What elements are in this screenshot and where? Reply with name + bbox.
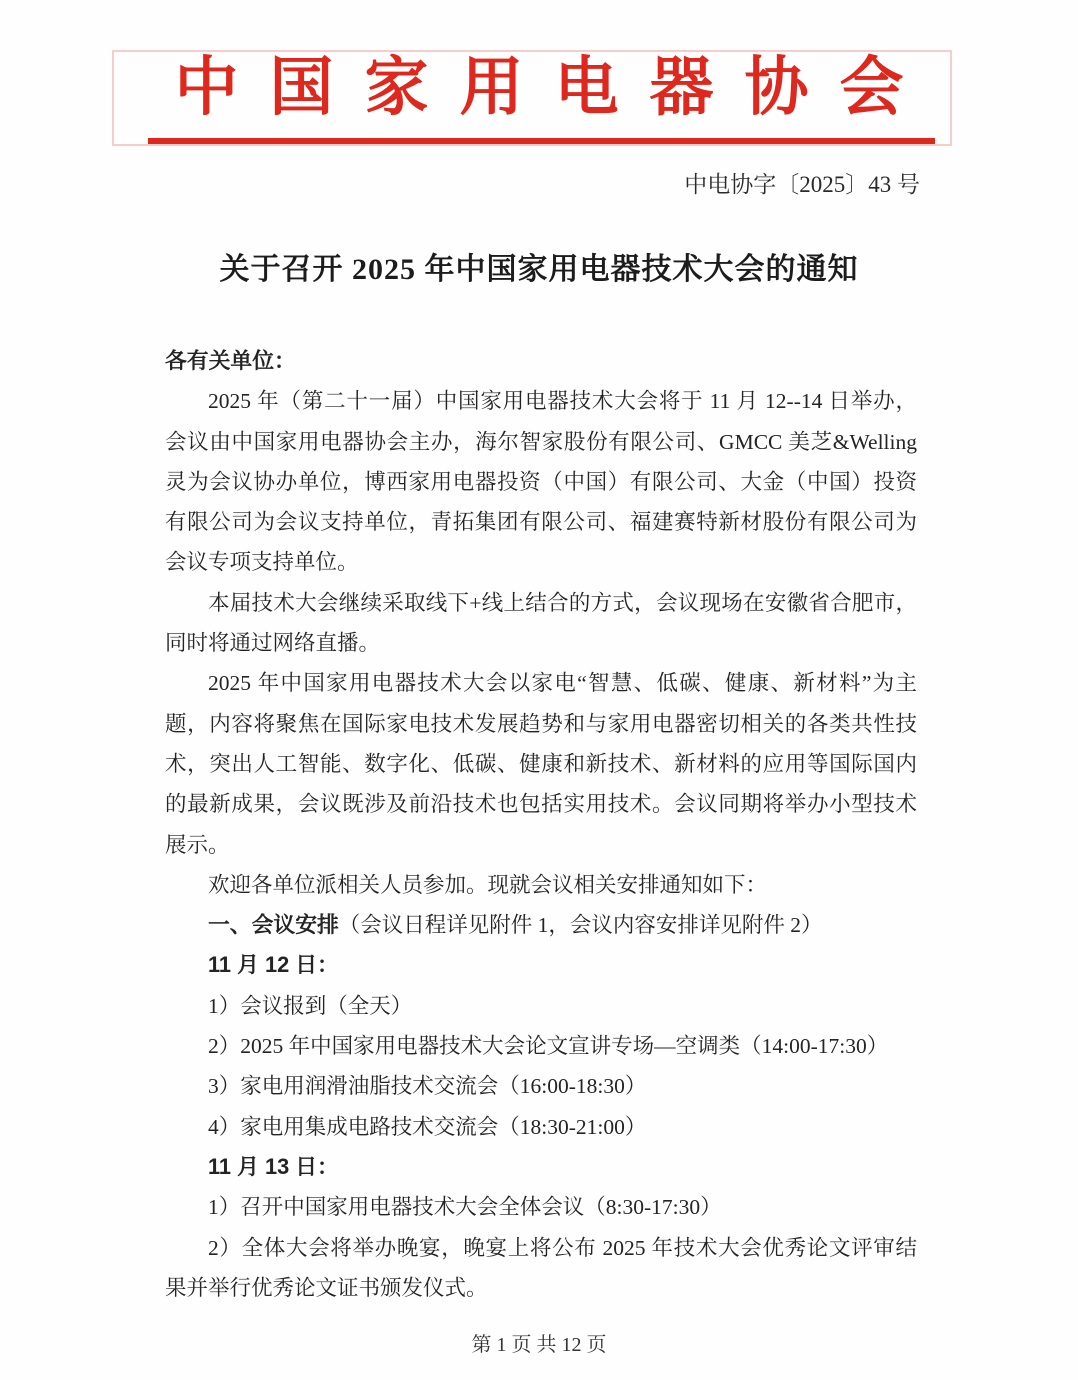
body-line: 一、会议安排（会议日程详见附件 1，会议内容安排详见附件 2） bbox=[165, 905, 917, 945]
body-line-text: 术，突出人工智能、数字化、低碳、健康和新技术、新材料的应用等国际国内 bbox=[165, 752, 917, 776]
body-line-text: 灵为会议协办单位，博西家用电器投资（中国）有限公司、大金（中国）投资 bbox=[165, 470, 917, 494]
org-name: 中国家用电器协会 bbox=[0, 52, 1078, 124]
body-line: 展示。 bbox=[165, 825, 917, 865]
body-line: 本届技术大会继续采取线下+线上结合的方式，会议现场在安徽省合肥市， bbox=[165, 583, 917, 623]
body-line: 果并举行优秀论文证书颁发仪式。 bbox=[165, 1268, 917, 1308]
doc-number: 中电协字〔2025〕43 号 bbox=[684, 170, 920, 200]
body-line-text: 2025 年（第二十一届）中国家用电器技术大会将于 11 月 12--14 日举… bbox=[208, 389, 917, 413]
body-line: 1）召开中国家用电器技术大会全体会议（8:30-17:30） bbox=[165, 1187, 917, 1227]
body-line: 欢迎各单位派相关人员参加。现就会议相关安排通知如下： bbox=[165, 865, 917, 905]
body-line: 会议专项支持单位。 bbox=[165, 542, 917, 582]
body-line: 2025 年中国家用电器技术大会以家电“智慧、低碳、健康、新材料”为主 bbox=[165, 663, 917, 703]
body-line-text: 本届技术大会继续采取线下+线上结合的方式，会议现场在安徽省合肥市， bbox=[208, 591, 917, 615]
body-line: 1）会议报到（全天） bbox=[165, 986, 917, 1026]
body-line-text: 2）2025 年中国家用电器技术大会论文宣讲专场—空调类（14:00-17:30… bbox=[208, 1034, 888, 1058]
body-line: 2）2025 年中国家用电器技术大会论文宣讲专场—空调类（14:00-17:30… bbox=[165, 1026, 917, 1066]
body-line-text: 2）全体大会将举办晚宴，晚宴上将公布 2025 年技术大会优秀论文评审结 bbox=[208, 1236, 917, 1260]
body-line-text: 有限公司为会议支持单位，青拓集团有限公司、福建赛特新材股份有限公司为 bbox=[165, 510, 917, 534]
body-line-text: （会议日程详见附件 1，会议内容安排详见附件 2） bbox=[339, 913, 823, 937]
body-line: 2025 年（第二十一届）中国家用电器技术大会将于 11 月 12--14 日举… bbox=[165, 381, 917, 421]
page-footer: 第 1 页 共 12 页 bbox=[0, 1328, 1078, 1357]
body-line: 术，突出人工智能、数字化、低碳、健康和新技术、新材料的应用等国际国内 bbox=[165, 744, 917, 784]
document-page: 中国家用电器协会 中电协字〔2025〕43 号 关于召开 2025 年中国家用电… bbox=[0, 0, 1078, 1380]
body-line-text: 11 月 12 日： bbox=[208, 952, 339, 977]
body-line: 2）全体大会将举办晚宴，晚宴上将公布 2025 年技术大会优秀论文评审结 bbox=[165, 1228, 917, 1268]
body-line-text: 1）召开中国家用电器技术大会全体会议（8:30-17:30） bbox=[208, 1195, 722, 1219]
body-line: 4）家电用集成电路技术交流会（18:30-21:00） bbox=[165, 1107, 917, 1147]
body-line: 3）家电用润滑油脂技术交流会（16:00-18:30） bbox=[165, 1066, 917, 1106]
body-line-text: 4）家电用集成电路技术交流会（18:30-21:00） bbox=[208, 1115, 646, 1139]
body-line: 11 月 12 日： bbox=[165, 945, 917, 985]
body-line-text: 3）家电用润滑油脂技术交流会（16:00-18:30） bbox=[208, 1074, 646, 1098]
body-line: 会议由中国家用电器协会主办，海尔智家股份有限公司、GMCC 美芝&Welling… bbox=[165, 422, 917, 462]
body-line-text: 欢迎各单位派相关人员参加。现就会议相关安排通知如下： bbox=[208, 873, 767, 897]
doc-title: 关于召开 2025 年中国家用电器技术大会的通知 bbox=[0, 250, 1078, 290]
body-line: 灵为会议协办单位，博西家用电器投资（中国）有限公司、大金（中国）投资 bbox=[165, 462, 917, 502]
doc-body: 各有关单位：2025 年（第二十一届）中国家用电器技术大会将于 11 月 12-… bbox=[165, 341, 917, 1308]
body-line-bold-prefix: 一、会议安排 bbox=[208, 912, 339, 937]
body-line-text: 展示。 bbox=[165, 833, 230, 857]
body-line-text: 1）会议报到（全天） bbox=[208, 994, 412, 1018]
body-line: 有限公司为会议支持单位，青拓集团有限公司、福建赛特新材股份有限公司为 bbox=[165, 502, 917, 542]
letterhead-rule bbox=[148, 138, 935, 144]
body-line: 各有关单位： bbox=[165, 341, 917, 381]
body-line-text: 的最新成果，会议既涉及前沿技术也包括实用技术。会议同期将举办小型技术 bbox=[165, 792, 917, 816]
body-line-text: 11 月 13 日： bbox=[208, 1154, 339, 1179]
body-line-text: 会议由中国家用电器协会主办，海尔智家股份有限公司、GMCC 美芝&Welling… bbox=[165, 430, 917, 462]
body-line: 同时将通过网络直播。 bbox=[165, 623, 917, 663]
body-line: 11 月 13 日： bbox=[165, 1147, 917, 1187]
body-line-text: 题，内容将聚焦在国际家电技术发展趋势和与家用电器密切相关的各类共性技 bbox=[165, 712, 917, 736]
body-line-text: 2025 年中国家用电器技术大会以家电“智慧、低碳、健康、新材料”为主 bbox=[208, 671, 917, 695]
body-line-text: 果并举行优秀论文证书颁发仪式。 bbox=[165, 1276, 488, 1300]
body-line-text: 各有关单位： bbox=[165, 348, 296, 373]
body-line: 的最新成果，会议既涉及前沿技术也包括实用技术。会议同期将举办小型技术 bbox=[165, 784, 917, 824]
body-line-text: 同时将通过网络直播。 bbox=[165, 631, 380, 655]
body-line: 题，内容将聚焦在国际家电技术发展趋势和与家用电器密切相关的各类共性技 bbox=[165, 704, 917, 744]
body-line-text: 会议专项支持单位。 bbox=[165, 550, 359, 574]
